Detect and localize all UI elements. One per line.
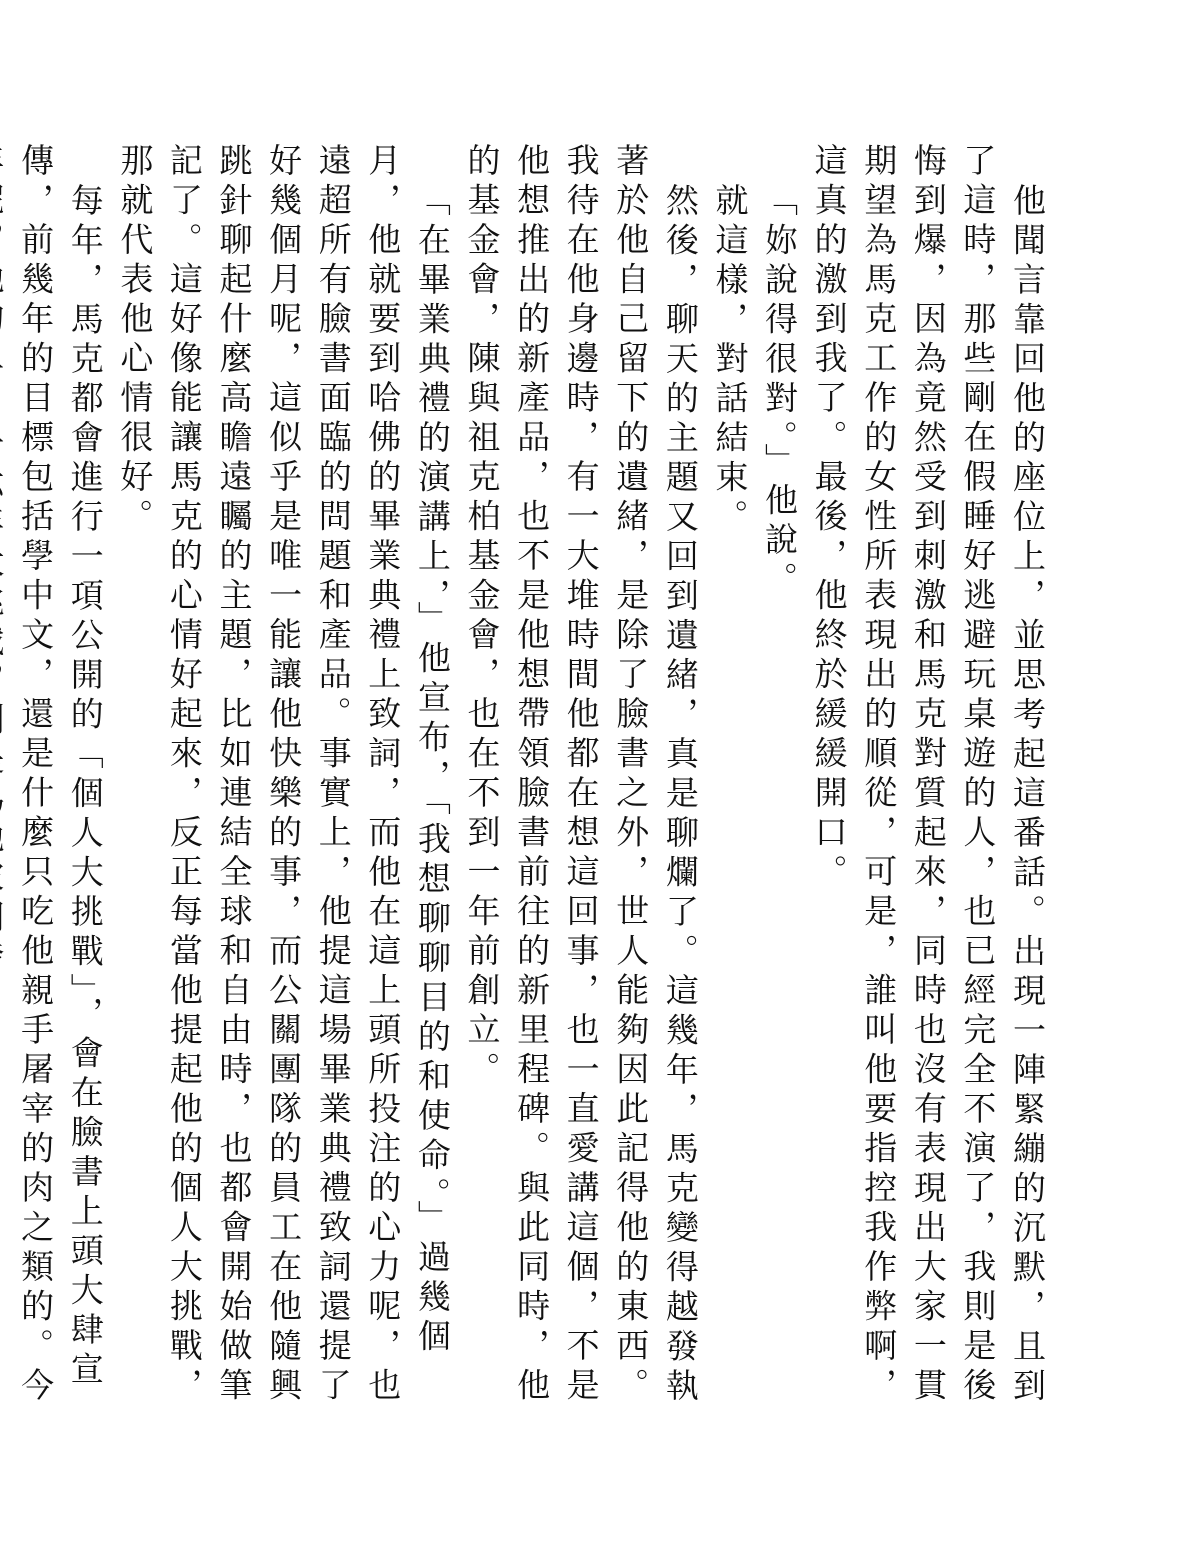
paragraph-3: 就這樣，對話結束。 [705, 143, 755, 1423]
vertical-text-page: 他聞言靠回他的座位上，並思考起這番話。出現一陣緊繃的沉默，且到了這時，那些剛在假… [0, 143, 1052, 1423]
paragraph-6: 每年，馬克都會進行一項公開的「個人大挑戰」，會在臉書上頭大肆宣傳，前幾年的目標包… [0, 143, 110, 1423]
paragraph-4: 然後，聊天的主題又回到遺緒，真是聊爛了。這幾年，馬克變得越發執著於他自己留下的遺… [457, 143, 705, 1423]
paragraph-1: 他聞言靠回他的座位上，並思考起這番話。出現一陣緊繃的沉默，且到了這時，那些剛在假… [804, 143, 1052, 1423]
paragraph-2: 「妳說得很對。」他說。 [754, 143, 804, 1423]
paragraph-5: 「在畢業典禮的演講上，」他宣布，「我想聊聊目的和使命。」過幾個月，他就要到哈佛的… [110, 143, 457, 1423]
